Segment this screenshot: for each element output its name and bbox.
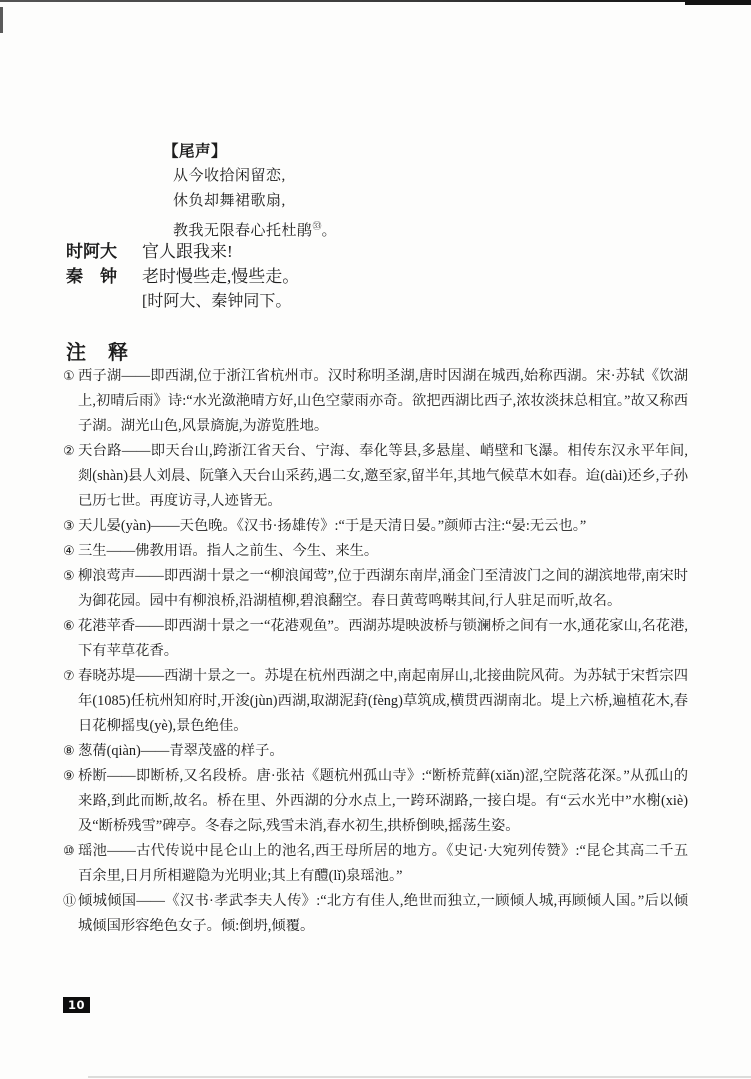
note-number: ⑨ bbox=[63, 764, 78, 789]
note-number: ⑦ bbox=[63, 664, 78, 689]
note-text: 葱蒨(qiàn)——青翠茂盛的样子。 bbox=[78, 739, 688, 764]
page-number-badge: 10 bbox=[63, 997, 90, 1013]
note-number: ⑪ bbox=[63, 889, 78, 914]
dialogue-row: 时阿大 官人跟我来! bbox=[63, 239, 693, 264]
note-text: 柳浪莺声——即西湖十景之一“柳浪闻莺”,位于西湖东南岸,涌金门至清波门之间的湖滨… bbox=[78, 564, 688, 614]
note-text: 桥断——即断桥,又名段桥。唐·张祜《题杭州孤山寺》:“断桥荒藓(xiǎn)涩,空… bbox=[78, 764, 688, 839]
verse-line-1: 从今收拾闲留恋, bbox=[63, 164, 693, 189]
note-item: ② 天台路——即天台山,跨浙江省天台、宁海、奉化等县,多悬崖、峭壁和飞瀑。相传东… bbox=[63, 439, 688, 514]
speaker-name: 时阿大 bbox=[66, 239, 142, 264]
note-number: ② bbox=[63, 439, 78, 464]
verse-text: 休负却舞裙歌扇, bbox=[173, 193, 286, 209]
note-number: ④ bbox=[63, 539, 78, 564]
note-number: ⑥ bbox=[63, 614, 78, 639]
note-item: ⑩ 瑶池——古代传说中昆仑山上的池名,西王母所居的地方。《史记·大宛列传赞》:“… bbox=[63, 839, 688, 889]
script-section: 【尾声】 从今收拾闲留恋, 休负却舞裙歌扇, 教我无限春心托杜鹃㉝。 时阿大 官… bbox=[63, 139, 693, 314]
speaker-name: 秦 钟 bbox=[66, 264, 142, 289]
note-text: 三生——佛教用语。指人之前生、今生、来生。 bbox=[78, 539, 688, 564]
tune-marker-row: 【尾声】 bbox=[63, 139, 693, 164]
note-item: ⑤ 柳浪莺声——即西湖十景之一“柳浪闻莺”,位于西湖东南岸,涌金门至清波门之间的… bbox=[63, 564, 688, 614]
dialogue-line: 官人跟我来! bbox=[142, 239, 233, 264]
note-number: ① bbox=[63, 364, 78, 389]
footnote-reference: ㉝ bbox=[313, 221, 322, 231]
note-number: ⑤ bbox=[63, 564, 78, 589]
verse-text: 从今收拾闲留恋, bbox=[173, 168, 286, 184]
scan-artifact-top-edge bbox=[0, 0, 751, 2]
dialogue-row: 秦 钟 老时慢些走,慢些走。 bbox=[63, 264, 693, 289]
note-text: 天儿晏(yàn)——天色晚。《汉书·扬雄传》:“于是天清日晏。”颜师古注:“晏:… bbox=[78, 514, 688, 539]
verse-line-2: 休负却舞裙歌扇, bbox=[63, 189, 693, 214]
notes-heading: 注 释 bbox=[66, 336, 129, 365]
scan-artifact-bottom-edge bbox=[88, 1076, 751, 1078]
note-number: ③ bbox=[63, 514, 78, 539]
notes-list: ① 西子湖——即西湖,位于浙江省杭州市。汉时称明圣湖,唐时因湖在城西,始称西湖。… bbox=[63, 364, 688, 939]
dialogue-line: 老时慢些走,慢些走。 bbox=[142, 264, 299, 289]
note-text: 瑶池——古代传说中昆仑山上的池名,西王母所居的地方。《史记·大宛列传赞》:“昆仑… bbox=[78, 839, 688, 889]
note-item: ⑪ 倾城倾国——《汉书·孝武李夫人传》:“北方有佳人,绝世而独立,一顾倾人城,再… bbox=[63, 889, 688, 939]
note-text: 天台路——即天台山,跨浙江省天台、宁海、奉化等县,多悬崖、峭壁和飞瀑。相传东汉永… bbox=[78, 439, 688, 514]
page-number: 10 bbox=[68, 998, 85, 1012]
note-item: ⑨ 桥断——即断桥,又名段桥。唐·张祜《题杭州孤山寺》:“断桥荒藓(xiǎn)涩… bbox=[63, 764, 688, 839]
note-item: ③ 天儿晏(yàn)——天色晚。《汉书·扬雄传》:“于是天清日晏。”颜师古注:“… bbox=[63, 514, 688, 539]
note-number: ⑧ bbox=[63, 739, 78, 764]
book-page: 【尾声】 从今收拾闲留恋, 休负却舞裙歌扇, 教我无限春心托杜鹃㉝。 时阿大 官… bbox=[0, 0, 751, 1079]
verse-line-3: 教我无限春心托杜鹃㉝。 bbox=[63, 214, 693, 239]
note-item: ⑦ 春晓苏堤——西湖十景之一。苏堤在杭州西湖之中,南起南屏山,北接曲院风荷。为苏… bbox=[63, 664, 688, 739]
scan-artifact-top-right-corner bbox=[685, 0, 751, 5]
note-text: 花港苹香——即西湖十景之一“花港观鱼”。西湖苏堤映波桥与锁澜桥之间有一水,通花家… bbox=[78, 614, 688, 664]
note-text: 西子湖——即西湖,位于浙江省杭州市。汉时称明圣湖,唐时因湖在城西,始称西湖。宋·… bbox=[78, 364, 688, 439]
note-item: ⑥ 花港苹香——即西湖十景之一“花港观鱼”。西湖苏堤映波桥与锁澜桥之间有一水,通… bbox=[63, 614, 688, 664]
note-item: ④ 三生——佛教用语。指人之前生、今生、来生。 bbox=[63, 539, 688, 564]
note-text: 春晓苏堤——西湖十景之一。苏堤在杭州西湖之中,南起南屏山,北接曲院风荷。为苏轼于… bbox=[78, 664, 688, 739]
note-text: 倾城倾国——《汉书·孝武李夫人传》:“北方有佳人,绝世而独立,一顾倾人城,再顾倾… bbox=[78, 889, 688, 939]
verse-text-suffix: 。 bbox=[322, 223, 338, 239]
tune-marker: 【尾声】 bbox=[63, 139, 227, 164]
scan-artifact-left-edge bbox=[0, 7, 3, 33]
note-number: ⑩ bbox=[63, 839, 78, 864]
note-item: ① 西子湖——即西湖,位于浙江省杭州市。汉时称明圣湖,唐时因湖在城西,始称西湖。… bbox=[63, 364, 688, 439]
stage-direction-row: [时阿大、秦钟同下。 bbox=[63, 289, 693, 314]
stage-direction: [时阿大、秦钟同下。 bbox=[142, 293, 291, 310]
note-item: ⑧ 葱蒨(qiàn)——青翠茂盛的样子。 bbox=[63, 739, 688, 764]
verse-text: 教我无限春心托杜鹃 bbox=[173, 223, 313, 239]
